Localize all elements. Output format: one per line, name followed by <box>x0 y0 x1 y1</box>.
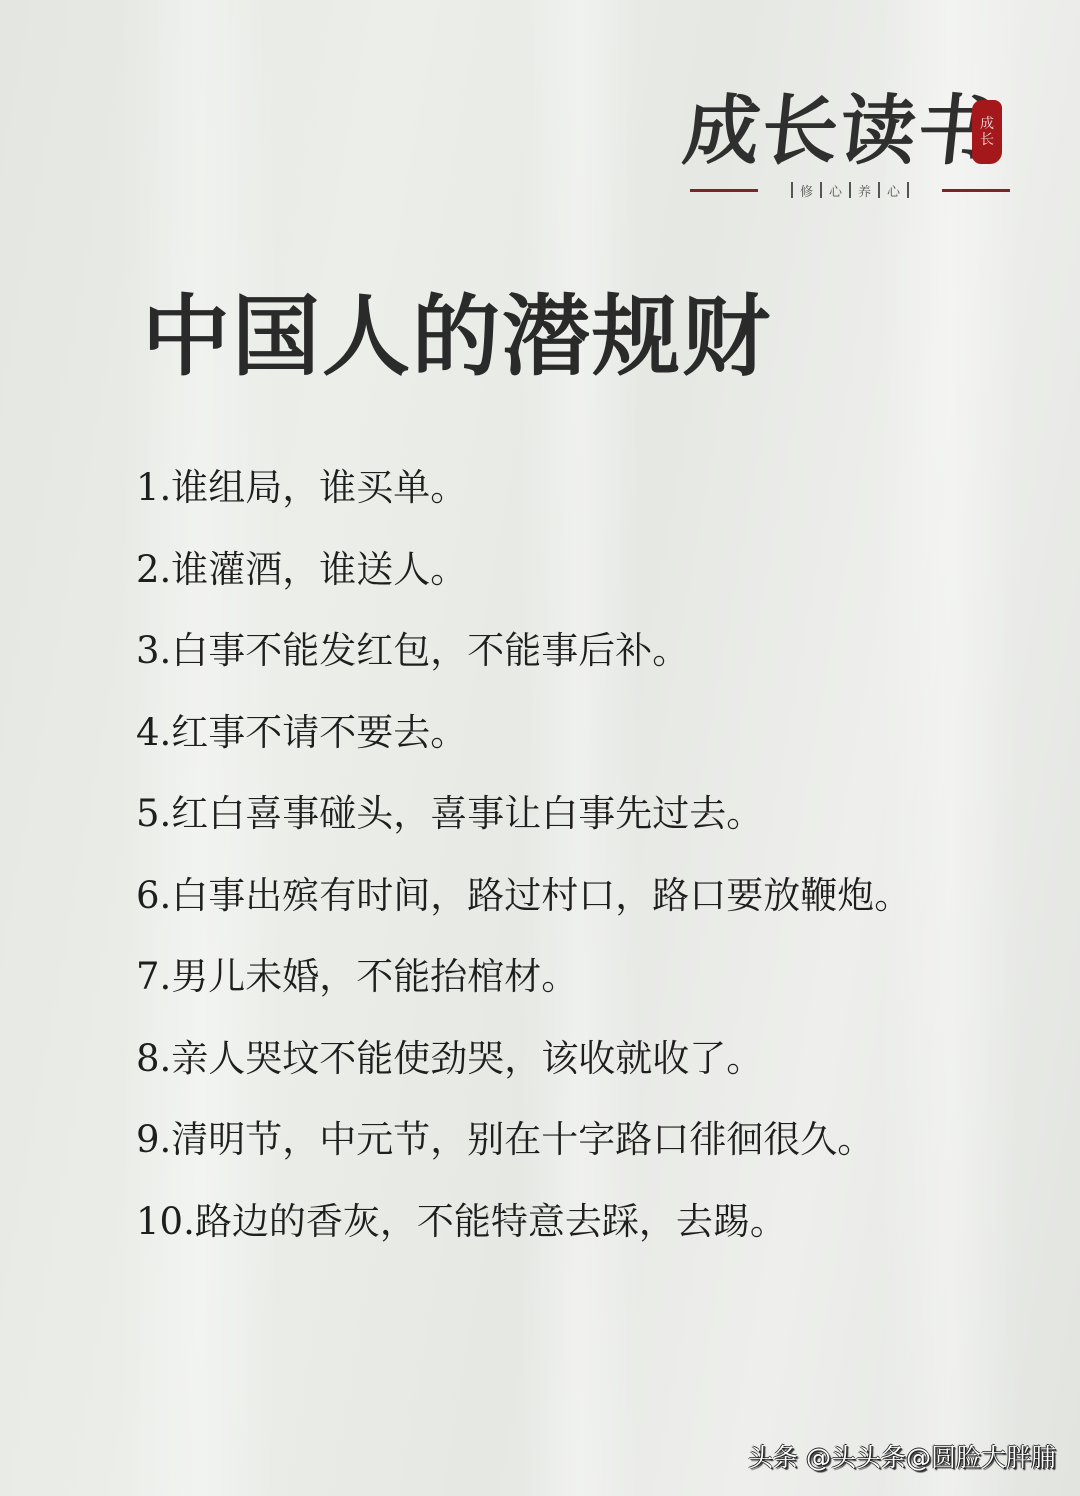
divider-bar <box>907 182 909 198</box>
divider-bar <box>791 182 793 198</box>
rules-list: 1.谁组局，谁买单。 2.谁灌酒，谁送人。 3.白事不能发红包，不能事后补。 4… <box>136 458 911 1273</box>
seal-char: 长 <box>980 132 994 148</box>
list-item: 3.白事不能发红包，不能事后补。 <box>136 621 911 703</box>
motto-char: 心 <box>829 181 842 200</box>
seal-stamp-icon: 成 长 <box>972 100 1002 164</box>
logo-motto: 修 心 养 心 <box>786 181 914 200</box>
divider-line <box>942 189 1010 192</box>
list-item: 5.红白喜事碰头，喜事让白事先过去。 <box>136 784 911 866</box>
list-item: 7.男儿未婚，不能抬棺材。 <box>136 947 911 1029</box>
seal-char: 成 <box>980 116 994 132</box>
motto-char: 修 <box>800 181 813 200</box>
page-title: 中国人的潜规财 <box>142 282 772 392</box>
list-item: 4.红事不请不要去。 <box>136 703 911 785</box>
motto-char: 心 <box>887 181 900 200</box>
divider-bar <box>820 182 822 198</box>
list-item: 6.白事出殡有时间，路过村口，路口要放鞭炮。 <box>136 866 911 948</box>
list-item: 2.谁灌酒，谁送人。 <box>136 540 911 622</box>
list-item: 8.亲人哭坟不能使劲哭，该收就收了。 <box>136 1029 911 1111</box>
watermark: 头条 @头头条@圆脸大胖脯 <box>748 1438 1056 1474</box>
list-item: 10.路边的香灰，不能特意去踩，去踢。 <box>136 1192 911 1274</box>
list-item: 9.清明节，中元节，别在十字路口徘徊很久。 <box>136 1110 911 1192</box>
logo-name: 成长读书 <box>679 86 1000 176</box>
brand-logo: 成长读书 成 长 修 心 养 心 <box>680 86 1010 206</box>
divider-bar <box>878 182 880 198</box>
list-item: 1.谁组局，谁买单。 <box>136 458 911 540</box>
divider-line <box>690 189 758 192</box>
divider-bar <box>849 182 851 198</box>
logo-subtitle: 修 心 养 心 <box>690 180 1010 200</box>
motto-char: 养 <box>858 181 871 200</box>
